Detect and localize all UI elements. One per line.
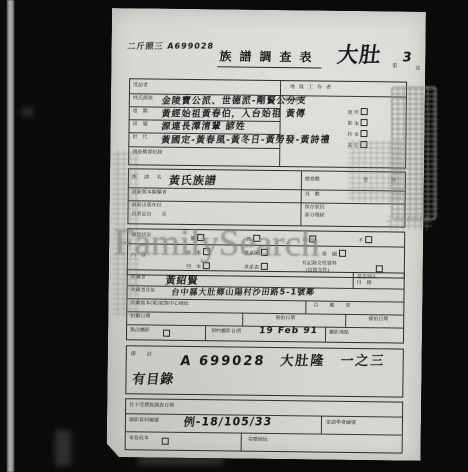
film-code-handwritten: 二斤照三 A699028 bbox=[127, 41, 215, 52]
content-item: 排 圖 bbox=[322, 250, 346, 259]
partial-damage-label: 部分殘缺 bbox=[304, 213, 324, 219]
page-count-label: 頁 數 bbox=[305, 192, 320, 198]
remarks-handwritten-line2: 有目錄 bbox=[131, 369, 175, 388]
generation-value: 黃國定-黃春風-黃冬日-黃勞發-黃詩禮 bbox=[160, 133, 331, 146]
category-item-transcript: 抄 本 bbox=[347, 130, 367, 139]
archive-seal-stamp-foot bbox=[386, 216, 432, 230]
scan-smudge bbox=[55, 430, 71, 466]
page-number-prefix: 第 bbox=[392, 64, 397, 70]
checkbox bbox=[339, 250, 346, 257]
page-number-handwritten: 3 bbox=[401, 51, 413, 66]
society-number-label: 家譜學會編號 bbox=[326, 421, 356, 427]
category-item-label: 抄 本 bbox=[347, 133, 358, 138]
area-worker-label: 地區工作者 bbox=[290, 85, 335, 92]
branch-value: 源連長潭清輩 諺姓 bbox=[161, 119, 247, 132]
survey-date-label: 付予受費級調查日期 bbox=[129, 403, 174, 410]
divider bbox=[325, 327, 326, 342]
checkbox bbox=[376, 265, 383, 272]
content-item-label: 排 圖 bbox=[322, 253, 337, 258]
film-edge-strip bbox=[7, 0, 14, 472]
ancestral-home-value: 黃經始祖黃春伯，入台始祖 黃傳 bbox=[161, 106, 307, 119]
base-copy-label: 來卷底本 bbox=[129, 436, 149, 442]
checkbox bbox=[162, 438, 169, 445]
surname-origin-label: 姓氏源流 bbox=[133, 96, 153, 102]
divider bbox=[321, 416, 322, 434]
total-volumes-label: 總卷數 bbox=[305, 177, 320, 183]
checkbox bbox=[361, 108, 368, 115]
holder-name-value: 黃紹賢 bbox=[165, 272, 200, 287]
copy-location-label: 收藏複本(案)家族中心地址 bbox=[130, 301, 188, 308]
catalog-listed-label-line2: 目 錄 bbox=[357, 281, 372, 287]
remarks-label: 備 註 bbox=[131, 352, 155, 358]
material-number-label: 調影資料編號 bbox=[129, 418, 159, 424]
divider bbox=[300, 171, 302, 225]
title-annotation-handwritten: 大肚 bbox=[336, 39, 384, 69]
divider bbox=[241, 433, 242, 451]
checkbox bbox=[361, 130, 368, 137]
ancestral-home-label: 祖 籍 bbox=[133, 109, 148, 115]
supplementary-date-label: 補拍日期 bbox=[368, 317, 388, 323]
divider bbox=[305, 300, 306, 313]
scan-smudge bbox=[22, 108, 33, 116]
grade-poor: 不 bbox=[358, 236, 372, 245]
checkbox bbox=[163, 330, 170, 337]
divider bbox=[127, 311, 403, 315]
material-number-value: 例-18/105/33 bbox=[183, 413, 273, 429]
page-number-suffix: 頁 bbox=[415, 67, 420, 73]
material-category-label: 資料類別 bbox=[285, 98, 305, 104]
divider bbox=[345, 314, 346, 327]
scheduled-filming-date-value: 19 Feb 91 bbox=[258, 326, 318, 336]
generation-label: 世 代 bbox=[132, 135, 147, 141]
familysearch-watermark: FamilySearch bbox=[114, 221, 320, 265]
refilming-date-label: 複拍日期 bbox=[275, 316, 295, 322]
archive-seal-stamp-square bbox=[348, 140, 402, 202]
page-title: 族譜調查表 bbox=[217, 47, 321, 68]
interviewee-label: 受訪者 bbox=[133, 83, 148, 89]
condition-label: 保存狀況 bbox=[305, 205, 325, 211]
category-item-label: 原 件 bbox=[348, 111, 359, 116]
branch-label: 房 號 bbox=[133, 122, 148, 128]
divider bbox=[205, 325, 206, 340]
divider bbox=[129, 146, 279, 149]
divider bbox=[242, 313, 243, 326]
category-item-original: 原 件 bbox=[348, 108, 368, 117]
remarks-section: 備 註 A 699028 大肚隆 一之三 有目錄 bbox=[125, 345, 404, 397]
genealogy-name-value: 黃氏族譜 bbox=[168, 172, 218, 188]
filming-location-label: 攝影地點 bbox=[329, 331, 349, 337]
cannot-film-label: 無法攝影 bbox=[130, 328, 150, 334]
remarks-handwritten-line1: A 699028 大肚隆 一之三 bbox=[179, 350, 387, 369]
scheduled-filming-date-label: 預約攝影日期 bbox=[211, 329, 241, 335]
category-item-copy: 影 本 bbox=[348, 119, 368, 128]
divider bbox=[126, 431, 402, 435]
grade-label: 不 bbox=[358, 239, 363, 244]
co-holder-label: 合 藏 者 bbox=[313, 303, 353, 309]
checkbox bbox=[365, 236, 372, 243]
checkbox bbox=[361, 119, 368, 126]
mailing-address-label: 寄贈地址 bbox=[248, 438, 268, 444]
divider bbox=[353, 273, 354, 288]
holder-address-value: 台中縣大肚鄉山陽村沙田路5-1號鄰 bbox=[171, 287, 316, 298]
category-item-label: 影 本 bbox=[348, 122, 359, 127]
holder-filming-section: 收藏者 黃紹賢 是否列入 目 錄 收藏者住址 台中縣大肚鄉山陽村沙田路5-1號鄰… bbox=[126, 269, 405, 343]
survey-numbering-section: 付予受費級調查日期 調影資料編號 例-18/105/33 家譜學會編號 來卷底本… bbox=[125, 398, 404, 453]
